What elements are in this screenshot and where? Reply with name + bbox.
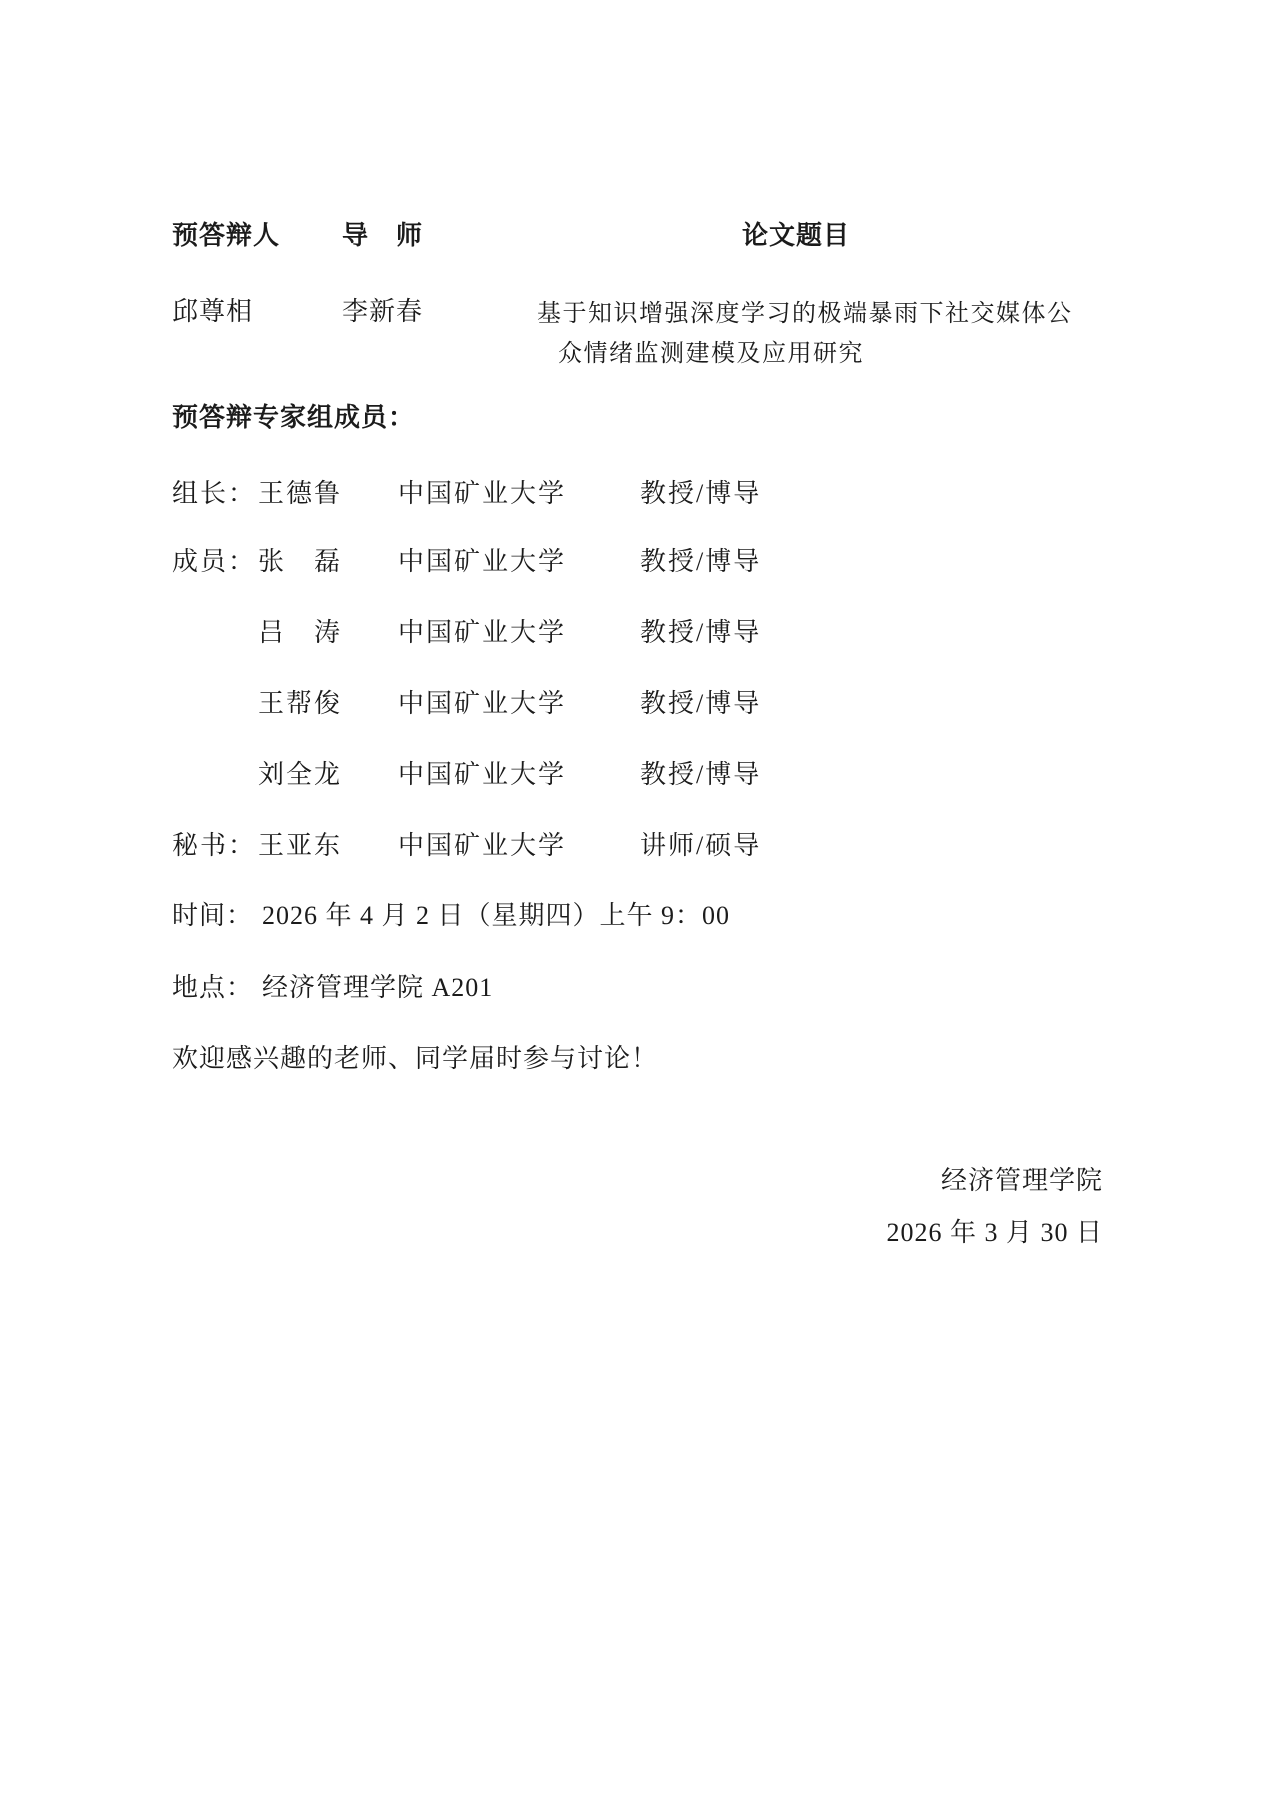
document-page: 预答辩人 导 师 论文题目 邱尊相 李新春 基于知识增强深度学习的极端暴雨下社交… (0, 0, 1280, 1810)
member-name: 王帮俊 (258, 688, 342, 720)
member-title: 教授/博导 (640, 478, 761, 510)
member-role: 成员： (172, 546, 256, 578)
thesis-title-line1: 基于知识增强深度学习的极端暴雨下社交媒体公 (537, 298, 1073, 330)
signature-date: 2026 年 3 月 30 日 (886, 1212, 1103, 1249)
time-label: 时间： (172, 900, 253, 932)
member-name: 张 磊 (258, 546, 342, 578)
member-affiliation: 中国矿业大学 (398, 546, 566, 578)
header-advisor: 导 师 (342, 220, 423, 252)
advisor-name: 李新春 (342, 296, 423, 328)
member-name: 吕 涛 (258, 617, 342, 649)
member-affiliation: 中国矿业大学 (398, 478, 566, 510)
member-affiliation: 中国矿业大学 (398, 759, 566, 791)
header-candidate: 预答辩人 (172, 220, 280, 252)
member-title: 讲师/硕导 (640, 830, 761, 862)
member-name: 王德鲁 (258, 478, 342, 510)
thesis-title-line2: 众情绪监测建模及应用研究 (558, 338, 864, 370)
member-name: 刘全龙 (258, 759, 342, 791)
member-role: 秘书： (172, 830, 256, 862)
welcome-line: 欢迎感兴趣的老师、同学届时参与讨论！ (172, 1043, 658, 1075)
member-affiliation: 中国矿业大学 (398, 688, 566, 720)
member-title: 教授/博导 (640, 546, 761, 578)
member-affiliation: 中国矿业大学 (398, 617, 566, 649)
member-title: 教授/博导 (640, 688, 761, 720)
time-value: 2026 年 4 月 2 日（星期四）上午 9：00 (262, 900, 730, 932)
location-label: 地点： (172, 972, 253, 1004)
member-title: 教授/博导 (640, 617, 761, 649)
member-title: 教授/博导 (640, 759, 761, 791)
member-role: 组长： (172, 478, 256, 510)
committee-heading: 预答辩专家组成员： (172, 402, 415, 434)
member-name: 王亚东 (258, 830, 342, 862)
candidate-name: 邱尊相 (172, 296, 253, 328)
header-thesis-title: 论文题目 (742, 220, 850, 252)
member-affiliation: 中国矿业大学 (398, 830, 566, 862)
location-value: 经济管理学院 A201 (262, 972, 493, 1004)
signature-department: 经济管理学院 (941, 1160, 1103, 1197)
